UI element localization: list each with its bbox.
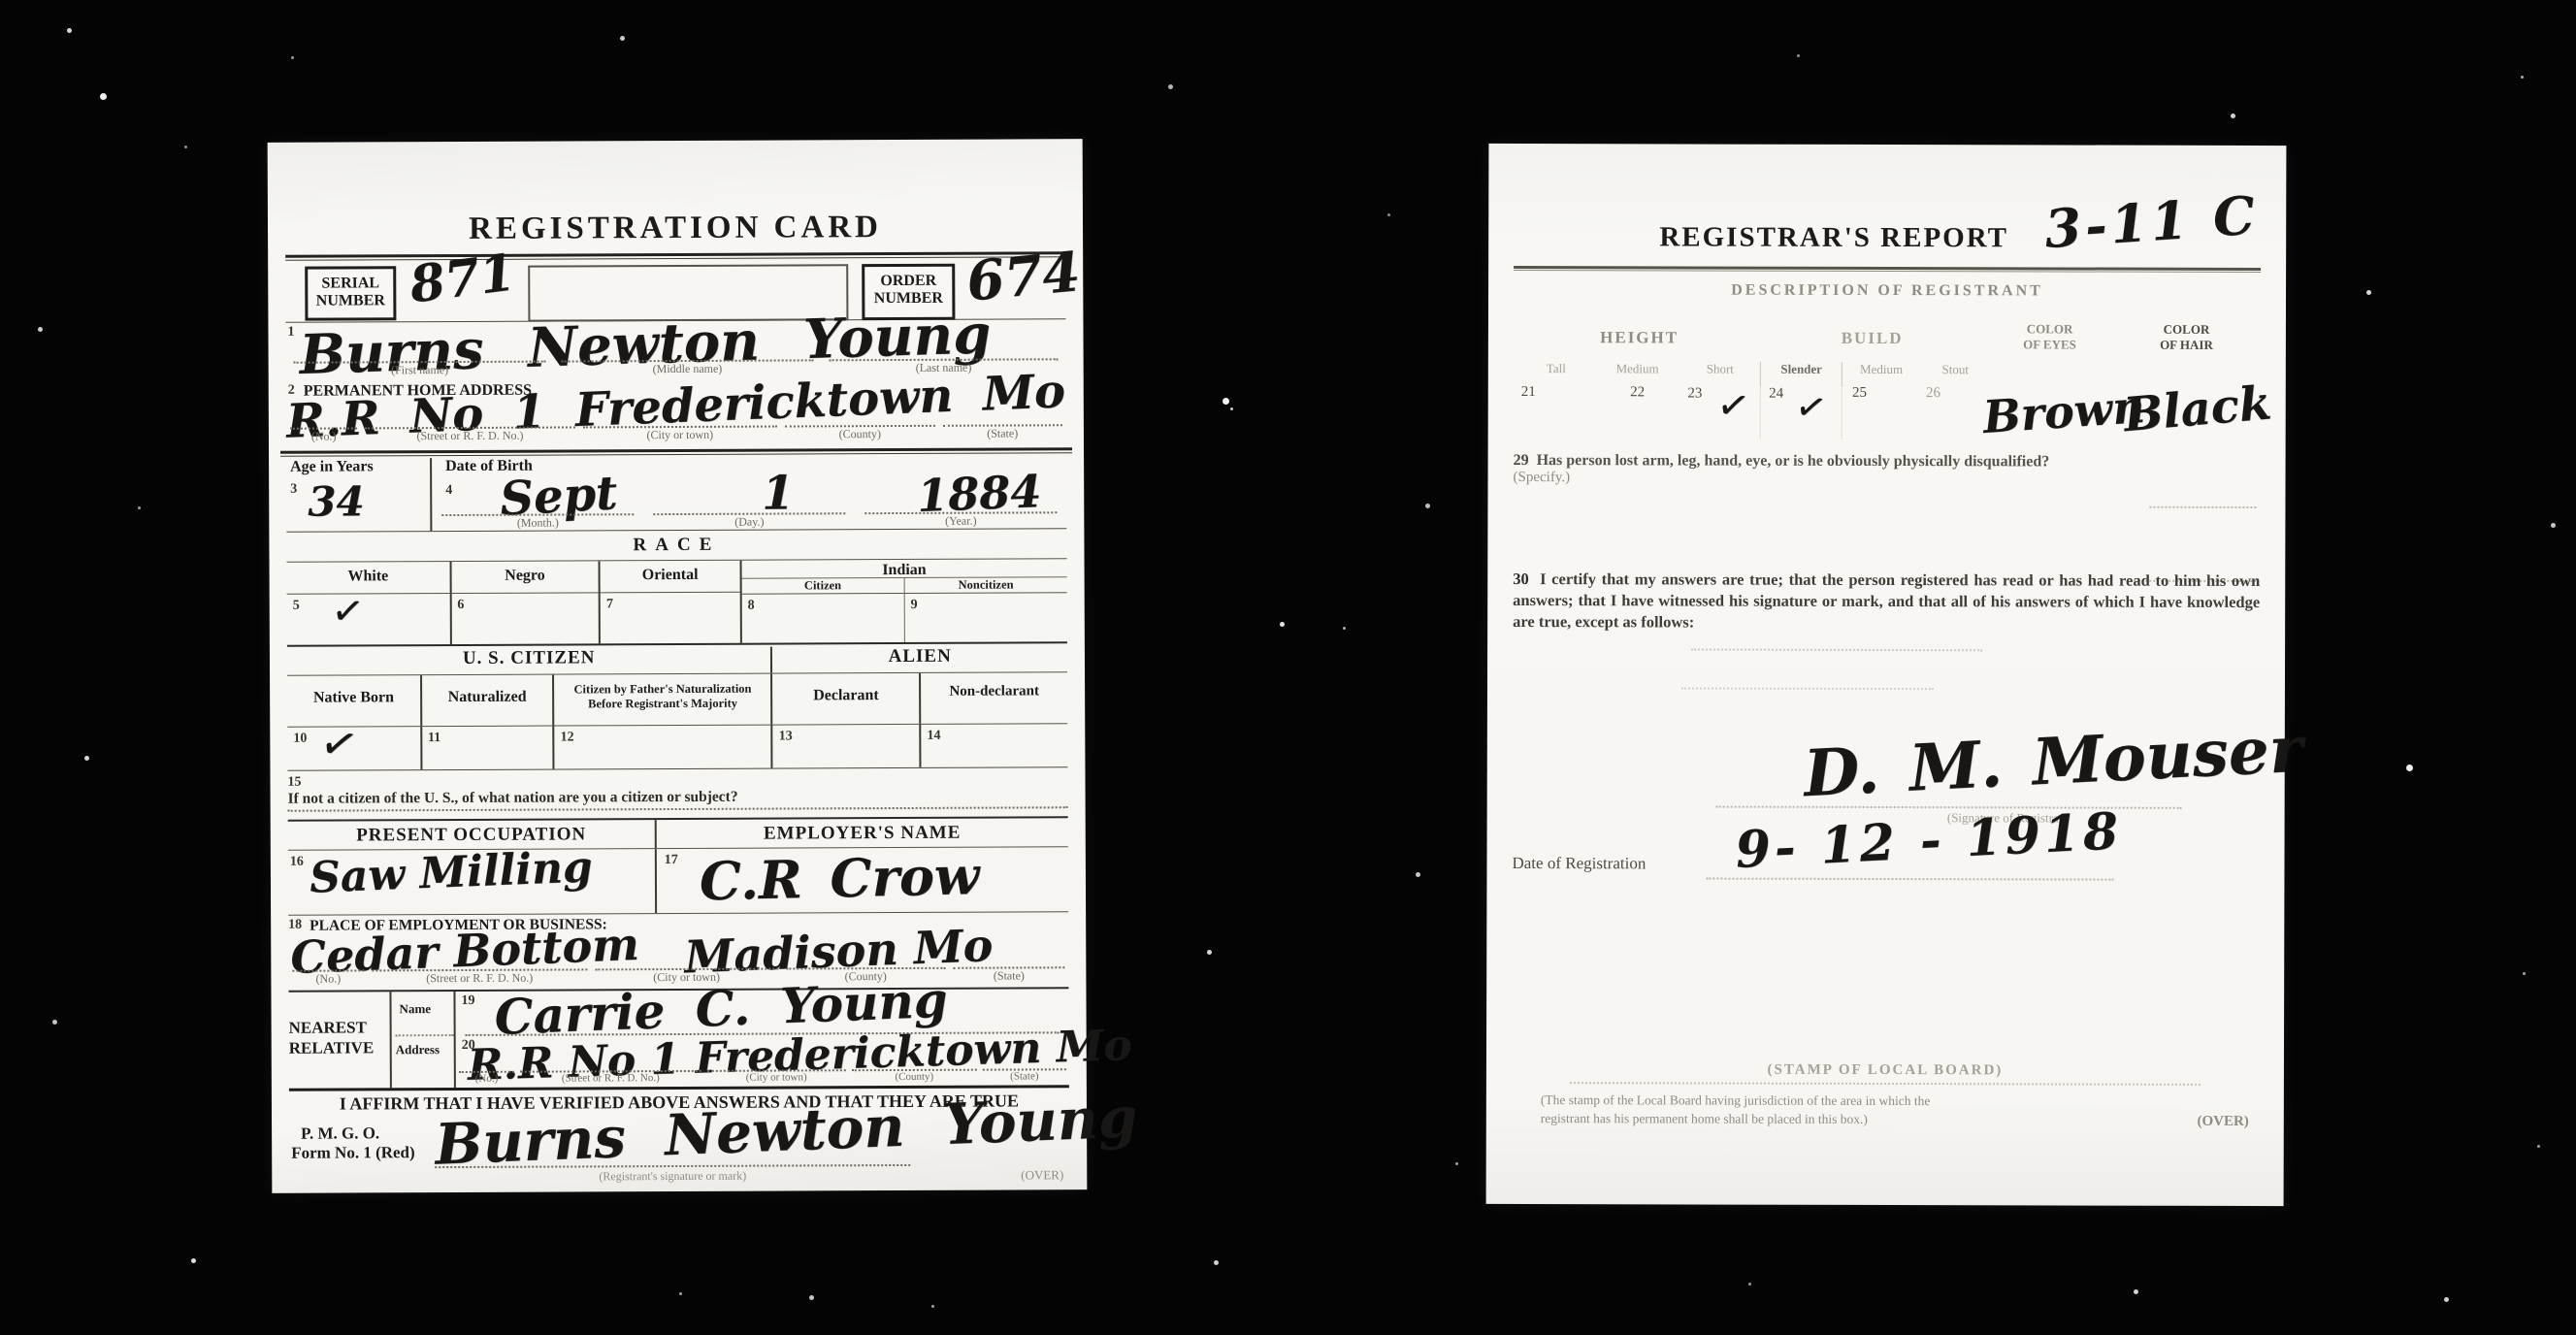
medium-height-label: Medium	[1595, 361, 1680, 384]
us-citizen-heading: U. S. CITIZEN	[287, 647, 771, 675]
num-25: 25	[1842, 385, 1920, 440]
race-negro-cell: 6	[451, 592, 599, 644]
race-indian-citizen-num: 8	[748, 599, 755, 614]
citizen-by-father-num: 12	[561, 730, 574, 745]
race-white-label: White	[287, 562, 450, 594]
native-born-cell: 10 ✓	[287, 726, 420, 770]
dob-day-value: 1	[762, 470, 795, 516]
declarant-label: Declarant	[770, 673, 919, 725]
citizen-by-father-label: Citizen by Father's Naturalization Befor…	[552, 674, 770, 726]
scan-background: REGISTRATION CARD SERIAL NUMBER 871 ORDE…	[0, 0, 2576, 1335]
description-subtitle: DESCRIPTION OF REGISTRANT	[1488, 281, 2286, 301]
board-annotation-value: 3-11 C	[2043, 188, 2261, 255]
citizen-values-row: 10 ✓ 11 12 13 14	[287, 723, 1067, 771]
race-indian-citizen-label: Citizen	[741, 578, 903, 594]
race-indian-label: Indian	[741, 559, 1066, 577]
non-declarant-label: Non-declarant	[919, 672, 1067, 724]
slender-checkmark: ✓	[1793, 386, 1831, 429]
field-number-4: 4	[445, 483, 452, 499]
race-oriental-num: 7	[606, 597, 613, 612]
relative-city-sublabel: (City or town)	[706, 1071, 845, 1084]
serial-number-box: SERIAL NUMBER	[305, 266, 396, 320]
naturalized-label: Naturalized	[420, 675, 553, 727]
question-30: 30 I certify that my answers are true; t…	[1513, 569, 2260, 634]
field-number-17: 17	[665, 853, 678, 868]
year-sublabel: (Year.)	[864, 513, 1057, 529]
employers-name-heading: EMPLOYER'S NAME	[655, 818, 1068, 848]
hair-color-label: COLOR	[2116, 322, 2257, 339]
non-declarant-cell: 14	[919, 723, 1067, 767]
relative-state-sublabel: (State)	[983, 1070, 1066, 1082]
q29-number: 29	[1514, 452, 1529, 469]
age-label: Age in Years	[286, 458, 430, 476]
num-26: 26	[1920, 385, 1991, 440]
citizen-by-father-cell: 12	[553, 725, 771, 769]
order-label: ORDER	[864, 273, 952, 291]
registrars-report-title: REGISTRAR'S REPORT	[1659, 221, 2008, 253]
signature-block: P. M. G. O. Form No. 1 (Red) Burns Newto…	[289, 1113, 1069, 1190]
alien-heading: ALIEN	[770, 645, 1067, 672]
registrar-signature-value: D. M. Mouser	[1802, 717, 2303, 806]
serial-label: SERIAL	[308, 275, 393, 293]
serial-label2: NUMBER	[308, 293, 393, 311]
field-number-1: 1	[287, 325, 294, 341]
stout-label: Stout	[1920, 362, 1990, 385]
stamp-note-text: (The stamp of the Local Board having jur…	[1512, 1091, 1974, 1129]
citizen-labels-row: Native Born Naturalized Citizen by Fathe…	[287, 672, 1067, 727]
race-indian-citizen-cell: 8	[742, 593, 904, 643]
place-street-sublabel: (Street or R. F. D. No.)	[372, 970, 587, 986]
race-indian-noncitizen-label: Noncitizen	[904, 577, 1067, 593]
age-value: 34	[308, 481, 365, 522]
hair-color-label2: OF HAIR	[2116, 338, 2257, 354]
native-born-num: 10	[293, 732, 307, 747]
num-22: 22	[1595, 384, 1680, 439]
race-table: White 5 ✓ Negro 6 Oriental 7	[287, 558, 1067, 647]
q29-text: Has person lost arm, leg, hand, eye, or …	[1537, 452, 2050, 470]
field-number-3: 3	[290, 482, 297, 498]
registration-card: REGISTRATION CARD SERIAL NUMBER 871 ORDE…	[268, 139, 1088, 1193]
native-born-label: Native Born	[287, 675, 420, 727]
registrant-signature-sublabel: (Registrant's signature or mark)	[512, 1168, 832, 1184]
relative-street-sublabel: (Street or R. F. D. No.)	[520, 1072, 701, 1085]
declarant-cell: 13	[771, 724, 920, 768]
address-street-sublabel: (Street or R. F. D. No.)	[365, 428, 574, 443]
tall-label: Tall	[1517, 361, 1595, 384]
place-no-sublabel: (No.)	[292, 971, 364, 986]
race-heading: RACE	[269, 533, 1084, 558]
relative-name-label: Name	[391, 992, 453, 1017]
over-label-back: (OVER)	[2197, 1114, 2248, 1130]
occupation-value: Saw Milling	[309, 846, 593, 899]
race-white-cell: 5 ✓	[287, 593, 450, 645]
race-oriental-label: Oriental	[601, 561, 740, 593]
native-born-checkmark: ✓	[315, 718, 362, 770]
naturalized-cell: 11	[420, 726, 553, 770]
stamp-block: (STAMP OF LOCAL BOARD) (The stamp of the…	[1512, 1061, 2259, 1130]
employer-value: C.R Crow	[699, 849, 980, 907]
q30-number: 30	[1513, 570, 1529, 588]
field-number-16: 16	[290, 855, 304, 870]
employment-place-row: 18 PLACE OF EMPLOYMENT OR BUSINESS: Ceda…	[288, 911, 1068, 991]
race-white-checkmark: ✓	[329, 590, 367, 633]
build-group-label: BUILD	[1761, 317, 1983, 357]
address-county-sublabel: (County)	[785, 427, 934, 442]
height-group-label: HEIGHT	[1517, 316, 1762, 356]
over-label-front: (OVER)	[1021, 1167, 1063, 1183]
race-negro-label: Negro	[451, 561, 599, 593]
nearest-label: NEAREST	[289, 1017, 390, 1038]
month-sublabel: (Month.)	[441, 515, 634, 531]
place-state-sublabel: (State)	[953, 968, 1064, 984]
num-23: 23	[1679, 385, 1702, 401]
hair-color-value: Black	[2122, 379, 2273, 439]
present-occupation-heading: PRESENT OCCUPATION	[288, 820, 655, 850]
num-21: 21	[1517, 384, 1595, 439]
occupation-values-row: 16 Saw Milling 17 C.R Crow	[288, 847, 1068, 915]
registration-card-title: REGISTRATION CARD	[469, 210, 882, 246]
race-oriental-cell: 7	[601, 592, 740, 644]
nearest-relative-block: NEAREST RELATIVE Name Address 19 Carrie …	[288, 987, 1068, 1089]
eyes-color-label: COLOR	[1983, 321, 2116, 338]
slender-label: Slender	[1761, 362, 1842, 385]
relative-address-label: Address	[392, 1017, 454, 1058]
eyes-color-label2: OF EYES	[1983, 338, 2116, 354]
relative-no-sublabel: (No.)	[459, 1073, 514, 1085]
description-table: HEIGHT BUILD COLOR OF EYES COLOR OF HAIR…	[1517, 316, 2257, 444]
report-header-rule	[1514, 266, 2261, 273]
short-checkmark: ✓	[1713, 384, 1752, 428]
address-state-sublabel: (State)	[942, 426, 1062, 441]
first-name-sublabel: (First name)	[294, 363, 546, 378]
registrars-report-card: REGISTRAR'S REPORT 3-11 C DESCRIPTION OF…	[1486, 144, 2287, 1206]
relative-label: RELATIVE	[289, 1038, 390, 1059]
race-white-num: 5	[293, 599, 300, 614]
registrar-signature-block: D. M. Mouser (Signature of Registrar)	[1513, 726, 2260, 825]
blank-line-4	[1681, 687, 1934, 690]
declarant-num: 13	[779, 729, 793, 744]
dust-specks	[0, 0, 3, 3]
q30-text: I certify that my answers are true; that…	[1513, 570, 2260, 631]
naturalized-num: 11	[428, 731, 440, 746]
non-declarant-num: 14	[927, 729, 940, 744]
blank-line-3	[1691, 648, 1982, 651]
nation-question-text: If not a citizen of the U. S., of what n…	[288, 789, 738, 807]
medium-build-label: Medium	[1842, 362, 1920, 385]
address-row: 2 PERMANENT HOME ADDRESS R.R No 1 Freder…	[286, 379, 1066, 451]
registration-date-label: Date of Registration	[1512, 854, 1646, 873]
address-city-sublabel: (City or town)	[582, 428, 777, 443]
serial-number-value: 871	[407, 247, 517, 310]
registration-date-row: Date of Registration 9- 12 - 1918	[1512, 838, 2259, 895]
order-number-value: 674	[964, 244, 1083, 309]
question-29: 29 Has person lost arm, leg, hand, eye, …	[1514, 452, 2261, 488]
field-number-19: 19	[461, 993, 474, 1009]
stamp-of-local-board-label: (STAMP OF LOCAL BOARD)	[1512, 1061, 2259, 1080]
race-indian-noncitizen-num: 9	[911, 598, 918, 613]
num-24: 24	[1761, 386, 1783, 402]
address-no-sublabel: (No.)	[290, 429, 358, 443]
race-indian-noncitizen-cell: 9	[904, 592, 1067, 642]
q29-specify-label: (Specify.)	[1514, 470, 2261, 488]
race-negro-num: 6	[457, 598, 464, 613]
blank-line-1	[2149, 506, 2256, 508]
nation-question-row: 15 If not a citizen of the U. S., of wha…	[287, 771, 1067, 818]
day-sublabel: (Day.)	[653, 514, 845, 530]
citizen-alien-heading-row: U. S. CITIZEN ALIEN	[287, 645, 1067, 676]
age-dob-row: Age in Years 3 34 Date of Birth 4 Sept 1…	[286, 455, 1066, 533]
relative-county-sublabel: (County)	[852, 1071, 977, 1084]
